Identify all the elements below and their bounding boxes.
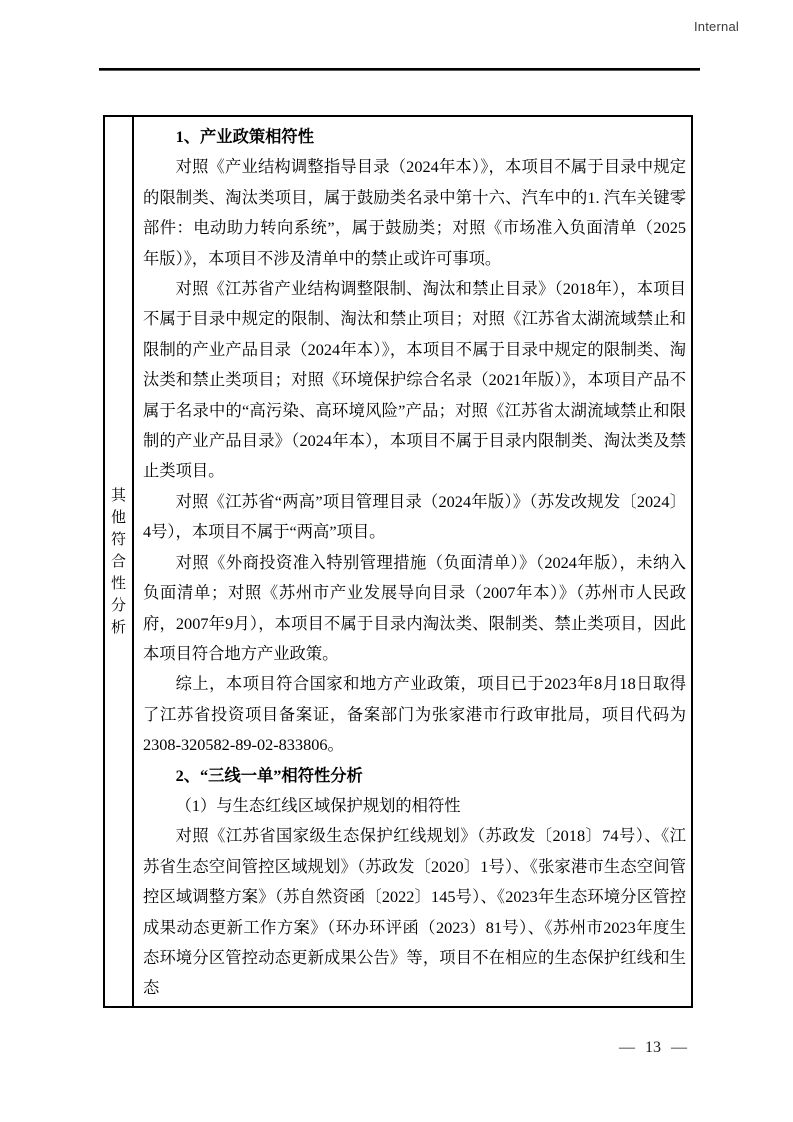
section-heading-three-lines-one-list: 2、“三线一单”相符性分析 — [143, 761, 686, 791]
row-header-cell: 其他符合性分析 — [105, 117, 134, 1006]
sensitivity-label: Internal — [694, 19, 739, 34]
subheading-ecological-redline: （1）与生态红线区域保护规划的相符性 — [143, 791, 686, 821]
header-rule — [99, 68, 700, 71]
paragraph-policy-conclusion: 综上，本项目符合国家和地方产业政策，项目已于2023年8月18日取得了江苏省投资… — [143, 669, 686, 760]
section-heading-industrial-policy: 1、产业政策相符性 — [143, 122, 686, 152]
compliance-table: 其他符合性分析 1、产业政策相符性 对照《产业结构调整指导目录（2024年本）》… — [103, 115, 693, 1008]
paragraph-foreign-investment: 对照《外商投资准入特别管理措施（负面清单）》（2024年版），未纳入负面清单；对… — [143, 548, 686, 670]
document-page: Internal 其他符合性分析 1、产业政策相符性 对照《产业结构调整指导目录… — [0, 0, 793, 1122]
paragraph-industrial-policy-jiangsu: 对照《江苏省产业结构调整限制、淘汰和禁止目录》（2018年），本项目不属于目录中… — [143, 274, 686, 487]
table-content-cell: 1、产业政策相符性 对照《产业结构调整指导目录（2024年本）》，本项目不属于目… — [134, 117, 691, 1006]
row-header-label: 其他符合性分析 — [111, 485, 127, 639]
paragraph-industrial-policy-national: 对照《产业结构调整指导目录（2024年本）》，本项目不属于目录中规定的限制类、淘… — [143, 152, 686, 274]
paragraph-ecological-redline: 对照《江苏省国家级生态保护红线规划》（苏政发〔2018〕74号）、《江苏省生态空… — [143, 821, 686, 1003]
paragraph-two-high-catalog: 对照《江苏省“两高”项目管理目录（2024年版）》（苏发改规发〔2024〕4号）… — [143, 487, 686, 548]
page-number: — 13 — — [598, 1039, 708, 1057]
